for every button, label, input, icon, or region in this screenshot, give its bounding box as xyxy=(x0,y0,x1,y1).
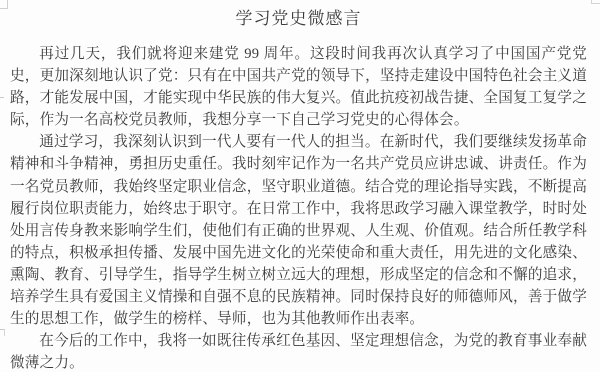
document-title: 学习党史微感言 xyxy=(10,8,587,30)
scan-artifact-top-right xyxy=(591,0,600,4)
paragraph-1: 再过几天，我们就将迎来建党 99 周年。这段时间我再次认真学习了中国国产党党史，… xyxy=(10,43,587,131)
scan-artifact-left-tick-2 xyxy=(0,329,5,336)
document-page: 学习党史微感言 再过几天，我们就将迎来建党 99 周年。这段时间我再次认真学习了… xyxy=(0,0,600,372)
paragraph-2: 通过学习，我深刻认识到一代人要有一代人的担当。在新时代，我们要继续发扬革命精神和… xyxy=(10,131,587,330)
scan-artifact-top-left xyxy=(0,0,8,9)
scan-artifact-left-tick-1 xyxy=(0,97,4,98)
document-body: 再过几天，我们就将迎来建党 99 周年。这段时间我再次认真学习了中国国产党党史，… xyxy=(10,43,587,372)
paragraph-3: 在今后的工作中，我将一如既往传承红色基因、坚定理想信念，为党的教育事业奉献微薄之… xyxy=(10,330,587,372)
